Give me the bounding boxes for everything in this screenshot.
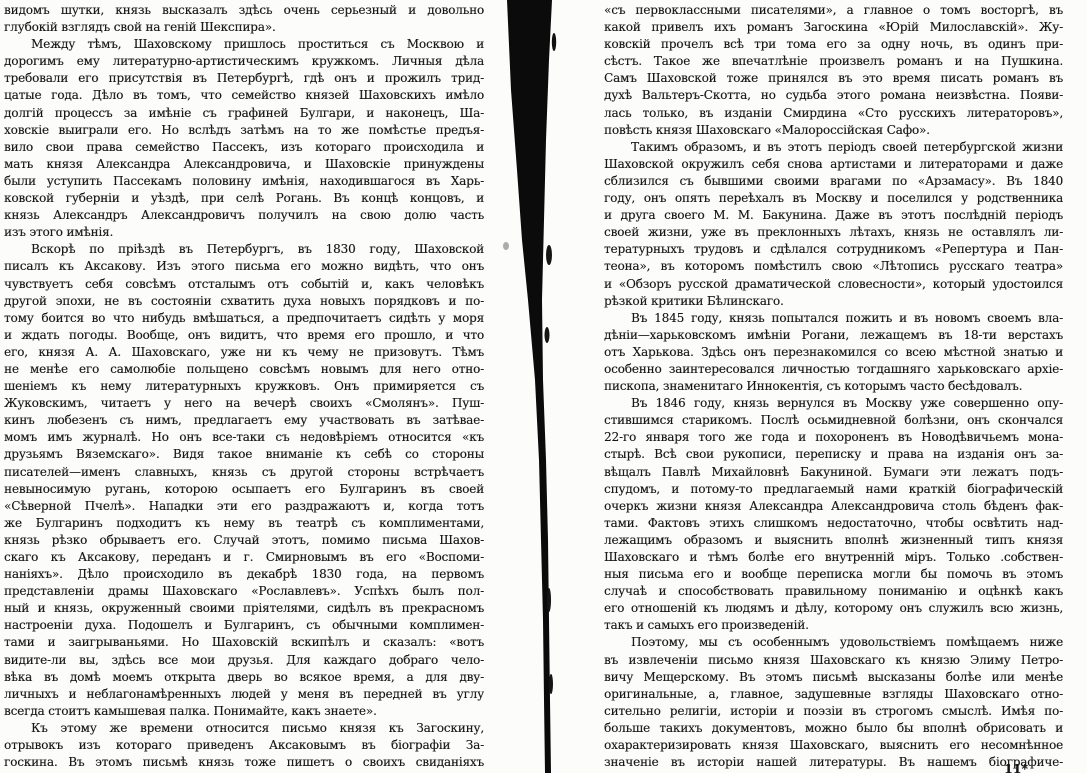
text-line: его, князя А. А. Шаховскаго, уже ни къ ч… bbox=[4, 344, 484, 361]
text-line: долгій процессъ за имѣніе съ графиней Бу… bbox=[4, 105, 484, 122]
text-line: Жуковскимъ, читаетъ у него на вечерѣ сво… bbox=[4, 395, 484, 412]
text-line: князь Александръ Александровичъ получилъ… bbox=[4, 207, 484, 224]
text-line: и друга своего М. М. Бакунина. Даже въ э… bbox=[604, 207, 1063, 224]
text-line: Въ 1845 году, князь попытался пожить и в… bbox=[604, 310, 1063, 327]
text-line: Въ 1846 году, князь вернулся въ Москву у… bbox=[604, 395, 1063, 412]
text-line: Шаховскаго и тѣмъ болѣе его внутренній м… bbox=[604, 549, 1063, 566]
text-line: настроеніи духа. Подошелъ и Булгаринъ, с… bbox=[4, 617, 484, 634]
text-line: оригинальные, а, главное, задушевные взг… bbox=[604, 686, 1063, 703]
text-line: духѣ Вальтеръ-Скотта, но судьба этого ро… bbox=[604, 87, 1063, 104]
text-line: ковской губерніи и уѣздѣ, при селѣ Роган… bbox=[4, 190, 484, 207]
text-line: очеркъ жизни князя Александра Александро… bbox=[604, 498, 1063, 515]
text-line: тами. Фактовъ этихъ слишкомъ недостаточн… bbox=[604, 515, 1063, 532]
text-line: друзьямъ Вяземскаго». Видя такое внимані… bbox=[4, 446, 484, 463]
text-line: лась только, въ изданіи Смирдина «Сто ру… bbox=[604, 105, 1063, 122]
text-line: лежащимъ образомъ и выяснить вполнѣ жизн… bbox=[604, 532, 1063, 549]
text-line: году, онъ опять переѣхалъ въ Москву и по… bbox=[604, 190, 1063, 207]
text-line: повѣсть князя Шаховскаго «Малороссійская… bbox=[604, 122, 1063, 139]
ink-speck bbox=[549, 674, 553, 694]
text-line: стырѣ. Всѣ свои рукописи, переписку и пр… bbox=[604, 446, 1063, 463]
text-line: ховскіе выиграли его. Но вслѣдъ затѣмъ н… bbox=[4, 122, 484, 139]
text-line: рѣзкой критики Бѣлинскаго. bbox=[604, 293, 1063, 310]
page-left-text-column: видомъ шутки, князь высказалъ здѣсь очен… bbox=[4, 2, 484, 771]
text-line: наніяхъ». Дѣло происходило въ декабрѣ 18… bbox=[4, 566, 484, 583]
signature-mark: 11* bbox=[1004, 761, 1028, 773]
text-line: глубокій взглядъ свой на геній Шекспира»… bbox=[4, 19, 484, 36]
text-line: дѣніи—харьковскомъ имѣніи Рогани, лежаще… bbox=[604, 327, 1063, 344]
text-line: были уступить Пассекамъ половину имѣнія,… bbox=[4, 173, 484, 190]
text-line: его отношеній къ людямъ и дѣлу, которому… bbox=[604, 600, 1063, 617]
text-line: ныя письма его и вообще переписка могли … bbox=[604, 566, 1063, 583]
text-line: Вскорѣ по пріѣздѣ въ Петербургъ, въ 1830… bbox=[4, 241, 484, 258]
text-line: вѣка въ домѣ моемъ открыта дверь во всяк… bbox=[4, 669, 484, 686]
text-line: особенно заинтересовался личностью тогда… bbox=[604, 361, 1063, 378]
text-line: мать князя Александра Александровича, и … bbox=[4, 156, 484, 173]
text-line: личныхъ и неблагонамѣренныхъ людей у мен… bbox=[4, 686, 484, 703]
text-line: Шаховской окружилъ себя снова артистами … bbox=[604, 156, 1063, 173]
text-line: теона», въ которомъ помѣстилъ свою «Лѣто… bbox=[604, 258, 1063, 275]
text-line: госкина. Въ этомъ письмѣ князь тоже пише… bbox=[4, 754, 484, 771]
text-line: и «Обзоръ русской драматической словесно… bbox=[604, 276, 1063, 293]
text-line: представленіи драмы Шаховскаго «Рославле… bbox=[4, 583, 484, 600]
text-line: спудомъ, и потому-то предлагаемый нами к… bbox=[604, 481, 1063, 498]
text-line: тературныхъ трудовъ и сдѣлался сотрудник… bbox=[604, 241, 1063, 258]
text-line: пископа, знаменитаго Иннокентія, съ кото… bbox=[604, 378, 1063, 395]
text-line: такъ и самыхъ его произведеній. bbox=[604, 617, 1063, 634]
ink-speck bbox=[547, 588, 551, 612]
text-line: больше такихъ документовъ, можно было бы… bbox=[604, 720, 1063, 737]
text-line: вѣщалъ Павлѣ Михайловнѣ Бакуниной. Бумаг… bbox=[604, 464, 1063, 481]
text-line: отрывокъ изъ котораго приведенъ Аксаковы… bbox=[4, 737, 484, 754]
text-line: Самъ Шаховской тоже принялся въ это врем… bbox=[604, 70, 1063, 87]
text-line: «съ первоклассными писателями», а главно… bbox=[604, 2, 1063, 19]
text-line: 22-го января того же года и похороненъ в… bbox=[604, 429, 1063, 446]
text-line: видомъ шутки, князь высказалъ здѣсь очен… bbox=[4, 2, 484, 19]
text-line: Такимъ образомъ, и въ этотъ періодъ свое… bbox=[604, 139, 1063, 156]
text-line: Къ этому же времени относится письмо кня… bbox=[4, 720, 484, 737]
text-line: цатые года. Дѣло въ томъ, что семейство … bbox=[4, 87, 484, 104]
text-line: и ждать погоды. Вообще, онъ видитъ, что … bbox=[4, 327, 484, 344]
text-line: тому боится во что нибудь вмѣшаться, а п… bbox=[4, 310, 484, 327]
text-line: момъ имъ журналѣ. Но онъ все-таки съ нед… bbox=[4, 429, 484, 446]
text-line: князь рѣзко обрываетъ его. Случай этотъ,… bbox=[4, 532, 484, 549]
text-line: охарактеризировать князя Шаховскаго, выя… bbox=[604, 737, 1063, 754]
text-line: своей жизни, уже въ преклонныхъ лѣтахъ, … bbox=[604, 224, 1063, 241]
text-line: «Сѣверной Пчелѣ». Нападки эти его раздра… bbox=[4, 498, 484, 515]
text-line: стившимся старикомъ. Послѣ осьмидневной … bbox=[604, 412, 1063, 429]
ink-speck bbox=[545, 327, 550, 343]
text-line: вичу Мещерскому. Въ этомъ письмѣ высказа… bbox=[604, 669, 1063, 686]
ink-speck bbox=[503, 242, 509, 250]
text-line: отъ Харькова. Здѣсь онъ перезнакомился с… bbox=[604, 344, 1063, 361]
text-line: ковскій прочелъ всѣ три тома его за одну… bbox=[604, 36, 1063, 53]
page-right-text-column: «съ первоклассными писателями», а главно… bbox=[604, 2, 1063, 771]
text-line: значеніе въ исторіи нашей литературы. Въ… bbox=[604, 754, 1063, 771]
text-line: вило свои права семейство Пассекъ, изъ к… bbox=[4, 139, 484, 156]
text-line: другой эпохи, не въ состояніи схватить д… bbox=[4, 293, 484, 310]
text-line: какой привелъ ихъ романъ Загоскина «Юрій… bbox=[604, 19, 1063, 36]
text-line: шеніемъ къ нему литературныхъ кружковъ. … bbox=[4, 378, 484, 395]
ink-speck bbox=[552, 33, 556, 51]
text-line: сблизился съ бывшими своими врагами по «… bbox=[604, 173, 1063, 190]
text-line: сительно религіи, исторіи и поэзіи въ ст… bbox=[604, 703, 1063, 720]
text-line: въ извлеченіи письмо князя Шаховскаго къ… bbox=[604, 652, 1063, 669]
text-line: Поэтому, мы съ особеннымъ удовольствіемъ… bbox=[604, 634, 1063, 651]
text-line: ный и князь, окруженный своими пріятелям… bbox=[4, 600, 484, 617]
text-line: сѣстъ. Такое же впечатлѣніе произвелъ ро… bbox=[604, 53, 1063, 70]
text-line: всегда стоитъ камышевая палка. Понимайте… bbox=[4, 703, 484, 720]
text-line: случаѣ и способствовать правильному пони… bbox=[604, 583, 1063, 600]
ink-speck bbox=[546, 245, 552, 265]
text-line: тами и заигрываньями. Но Шаховскій вскип… bbox=[4, 634, 484, 651]
text-line: Между тѣмъ, Шаховскому пришлось простить… bbox=[4, 36, 484, 53]
text-line: невыносимую ругань, которою осыпаетъ его… bbox=[4, 481, 484, 498]
text-line: дорогимъ ему литературно-артистическимъ … bbox=[4, 53, 484, 70]
text-line: же Булгаринъ подходитъ къ нему въ театрѣ… bbox=[4, 515, 484, 532]
text-line: писалъ къ Аксакову. Изъ этого письма его… bbox=[4, 258, 484, 275]
text-line: не менѣе его самолюбіе польщено совсѣмъ … bbox=[4, 361, 484, 378]
text-line: скаго къ Аксакову, переданъ и г. Смирнов… bbox=[4, 549, 484, 566]
text-line: кинъ любезенъ съ нимъ, предлагаетъ ему у… bbox=[4, 412, 484, 429]
text-line: изъ этого имѣнія. bbox=[4, 224, 484, 241]
text-line: писателей—именъ славныхъ, князь съ друго… bbox=[4, 464, 484, 481]
text-line: чувствуетъ себя совсѣмъ отсталымъ отъ со… bbox=[4, 276, 484, 293]
text-line: видите-ли вы, здѣсь все мои друзья. Для … bbox=[4, 652, 484, 669]
text-line: требовали его присутствія въ Петербургѣ,… bbox=[4, 70, 484, 87]
